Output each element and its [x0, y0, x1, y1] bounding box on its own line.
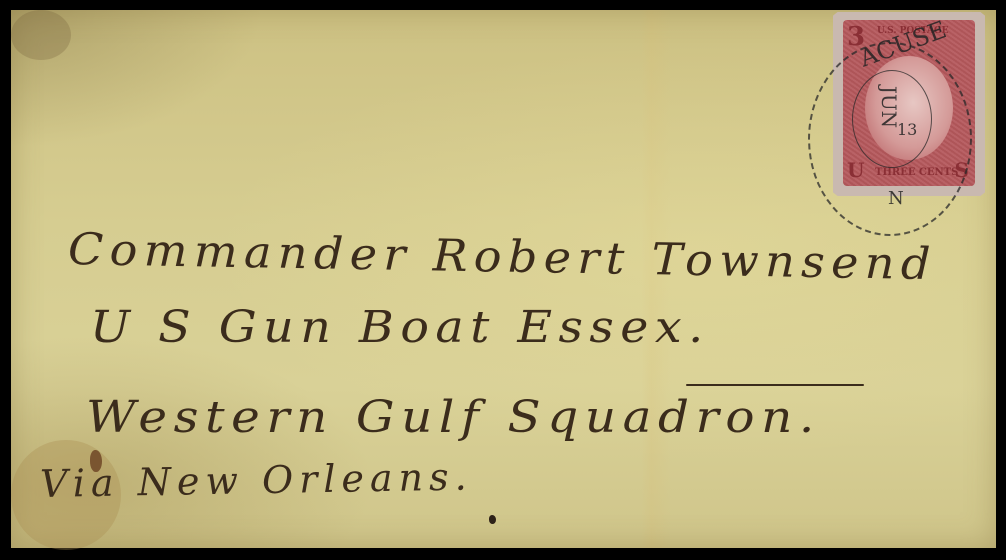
period-dot: [489, 515, 496, 524]
postmark-state: N: [888, 188, 904, 209]
corner-stain: [11, 10, 71, 60]
address-line-2: U S Gun Boat Essex.: [90, 302, 710, 353]
postmark-day: 13: [897, 120, 917, 139]
vessel-name-underline: [686, 384, 864, 386]
address-line-4: Via New Orleans.: [40, 454, 473, 506]
address-line-3: Western Gulf Squadron.: [86, 392, 821, 443]
